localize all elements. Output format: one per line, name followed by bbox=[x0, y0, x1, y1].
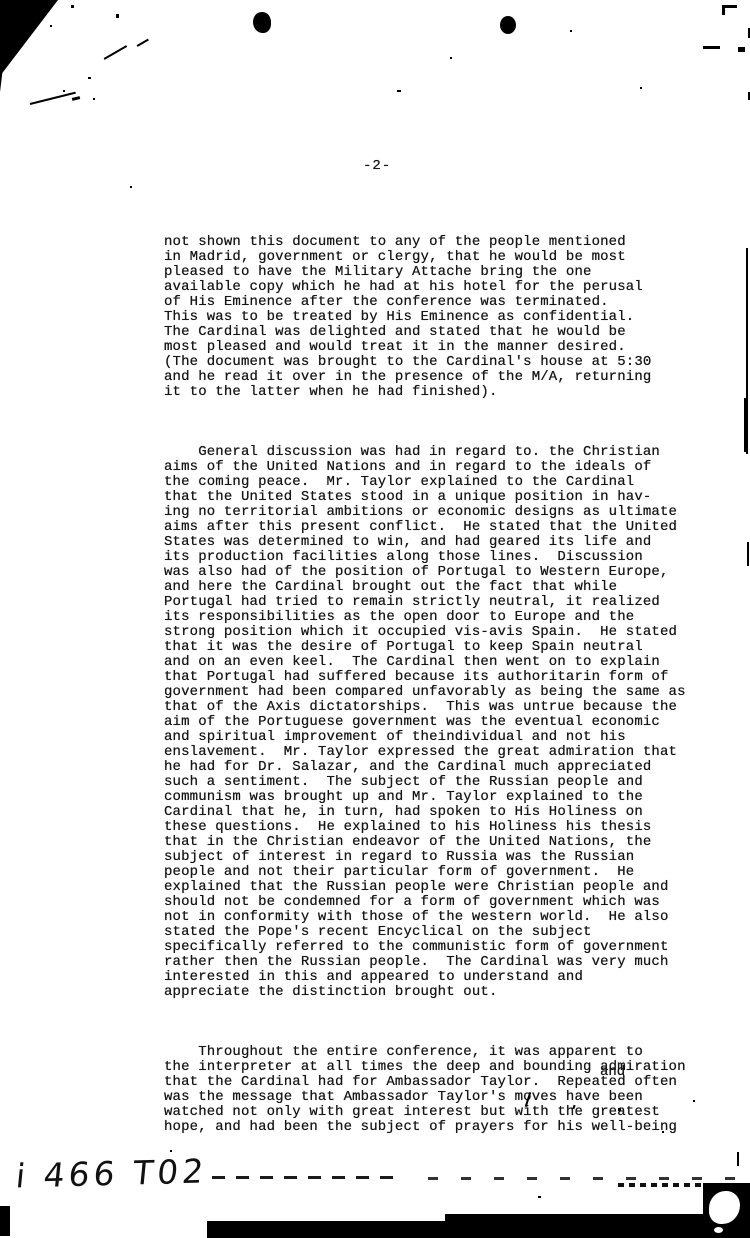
scan-artifact-speck bbox=[116, 14, 119, 18]
scan-artifact-blotch-highlight bbox=[714, 1227, 723, 1233]
hole-punch-mark-left bbox=[253, 12, 271, 33]
scan-artifact-speck bbox=[63, 90, 65, 92]
scan-artifact-scratch bbox=[30, 92, 76, 105]
scan-artifact-corner-fold bbox=[0, 0, 58, 96]
scan-artifact-edge-mark bbox=[738, 47, 745, 52]
scan-artifact-scratch bbox=[72, 96, 80, 101]
scan-artifact-edge-mark bbox=[703, 46, 720, 49]
handwritten-annotation: i 466 T02 bbox=[14, 1151, 209, 1195]
scan-artifact-blotch-highlight bbox=[709, 1191, 740, 1224]
scan-artifact-speck bbox=[130, 186, 132, 188]
paragraph-3: Throughout the entire conference, it was… bbox=[164, 1045, 686, 1135]
scan-artifact-corner-blotch bbox=[703, 1183, 750, 1238]
paragraph-2: General discussion was had in regard to.… bbox=[164, 445, 686, 1000]
document-body: not shown this document to any of the pe… bbox=[164, 205, 686, 1180]
scan-artifact-right-edge-line bbox=[747, 542, 749, 566]
scan-artifact-speck bbox=[50, 25, 52, 27]
scan-artifact-right-edge-line bbox=[744, 398, 748, 452]
scan-artifact-speck bbox=[618, 1108, 621, 1111]
scan-artifact-edge-mark bbox=[722, 5, 725, 15]
scan-artifact-speck bbox=[662, 1131, 664, 1133]
scan-artifact-speck bbox=[693, 1100, 695, 1102]
scan-artifact-corner-mark bbox=[0, 1206, 10, 1236]
scan-artifact-speck bbox=[538, 1196, 541, 1198]
hole-punch-mark-right bbox=[500, 16, 516, 34]
scan-artifact-speck bbox=[450, 57, 452, 59]
scan-artifact-dashed-line bbox=[428, 1177, 746, 1180]
page-number: -2- bbox=[363, 158, 391, 174]
scan-artifact-speck bbox=[71, 5, 74, 8]
catchword: and bbox=[600, 1064, 625, 1080]
scan-artifact-speck bbox=[640, 87, 642, 89]
scan-artifact-speck bbox=[397, 90, 401, 92]
scan-artifact-speck bbox=[88, 77, 91, 79]
scan-artifact-speck bbox=[570, 30, 572, 32]
paragraph-1: not shown this document to any of the pe… bbox=[164, 235, 686, 400]
scan-artifact-speck bbox=[93, 98, 95, 100]
scan-artifact-scratch bbox=[104, 45, 127, 59]
scan-artifact-scratch bbox=[137, 39, 149, 47]
scan-artifact-bottom-bar bbox=[207, 1221, 750, 1238]
scan-artifact-dashed-line bbox=[212, 1176, 404, 1179]
scan-artifact-dotted-line bbox=[618, 1183, 703, 1187]
scan-artifact-edge-mark bbox=[737, 1152, 739, 1166]
scanned-document-page: -2- not shown this document to any of th… bbox=[0, 0, 750, 1238]
